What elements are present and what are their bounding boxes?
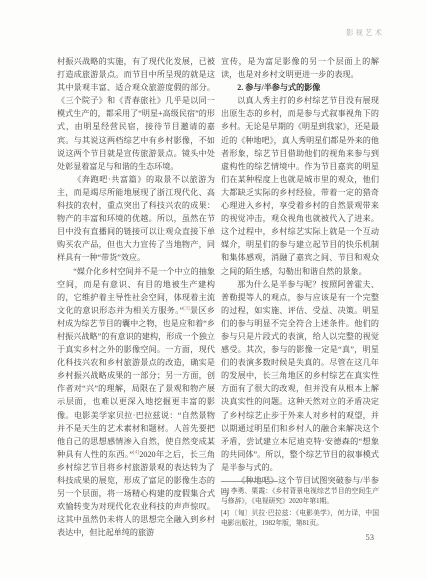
text-run: 2020年之后，长三角乡村综艺节目将乡村旅游景观的表达转为了科技成果的展览，形成… xyxy=(57,450,215,538)
text-run: 村振兴战略的实施，有了现代化发展，已被打造成旅游景点。而节目中所呈现的就是这其中… xyxy=(57,57,215,171)
footnotes-list: [3] 李勇、栗霞：《乡村背景电视综艺节目的空间生产与修辞》，《电视研究》202… xyxy=(221,487,379,529)
footnote-item: [4] 〔匈〕贝拉·巴拉兹：《电影美学》，何力译，中国电影出版社，1982年版，… xyxy=(221,509,379,530)
section-heading: 2. 参与/半参与式的影像 xyxy=(221,81,379,94)
text-run: 宣传，是为富足影像的另一个层面上的解读，也是对乡村文明更进一步的表现。 xyxy=(221,57,379,79)
body-paragraph: 宣传，是为富足影像的另一个层面上的解读，也是对乡村文明更进一步的表现。 xyxy=(221,55,379,81)
body-paragraph: 《奔跑吧·共富篇》的取景不以旅游为主，而是竭尽所能地展现了浙江现代化、高科技的农… xyxy=(57,173,215,265)
text-run: 《奔跑吧·共富篇》的取景不以旅游为主，而是竭尽所能地展现了浙江现代化、高科技的农… xyxy=(57,175,215,263)
page-number: 53 xyxy=(366,532,375,542)
footnotes: [3] 李勇、栗霞：《乡村背景电视综艺节目的空间生产与修辞》，《电视研究》202… xyxy=(221,481,379,530)
text-run: 以真人秀主打的乡村综艺节目没有展现出原生态的乡村，而是参与式叙事视角下的乡村。无… xyxy=(221,96,379,275)
body-paragraph: 那为什么是半参与呢？按照阿普霍夫、普勒提等人的观点，参与应该是有一个完整的过程，… xyxy=(221,278,379,474)
running-head: 影视艺术 xyxy=(346,27,384,38)
footnote-separator xyxy=(221,481,278,482)
text-run: 那为什么是半参与呢？按照阿普霍夫、普勒提等人的观点，参与应该是有一个完整的过程，… xyxy=(221,280,379,472)
body-paragraph: “媒介化乡村空间并不是一个中立的抽象空间，而是有意识、有目的地被生产建构的，它维… xyxy=(57,265,215,540)
left-column: 村振兴战略的实施，有了现代化发展，已被打造成旅游景点。而节目中所呈现的就是这其中… xyxy=(57,55,215,539)
text-run: 2. 参与/半参与式的影像 xyxy=(237,83,320,92)
body-paragraph: 以真人秀主打的乡村综艺节目没有展现出原生态的乡村，而是参与式叙事视角下的乡村。无… xyxy=(221,94,379,277)
journal-page: 影视艺术 村振兴战略的实施，有了现代化发展，已被打造成旅游景点。而节目中所呈现的… xyxy=(0,0,427,579)
footnote-item: [3] 李勇、栗霞：《乡村背景电视综艺节目的空间生产与修辞》，《电视研究》202… xyxy=(221,487,379,508)
text-run: 景区乡村成为综艺节目的囊中之物，也是应和着“乡村振兴战略”的有意识的建构，形成一… xyxy=(57,306,215,459)
body-paragraph: 村振兴战略的实施，有了现代化发展，已被打造成旅游景点。而节目中所呈现的就是这其中… xyxy=(57,55,215,173)
right-column: 宣传，是为富足影像的另一个层面上的解读，也是对乡村文明更进一步的表现。2. 参与… xyxy=(221,55,379,500)
